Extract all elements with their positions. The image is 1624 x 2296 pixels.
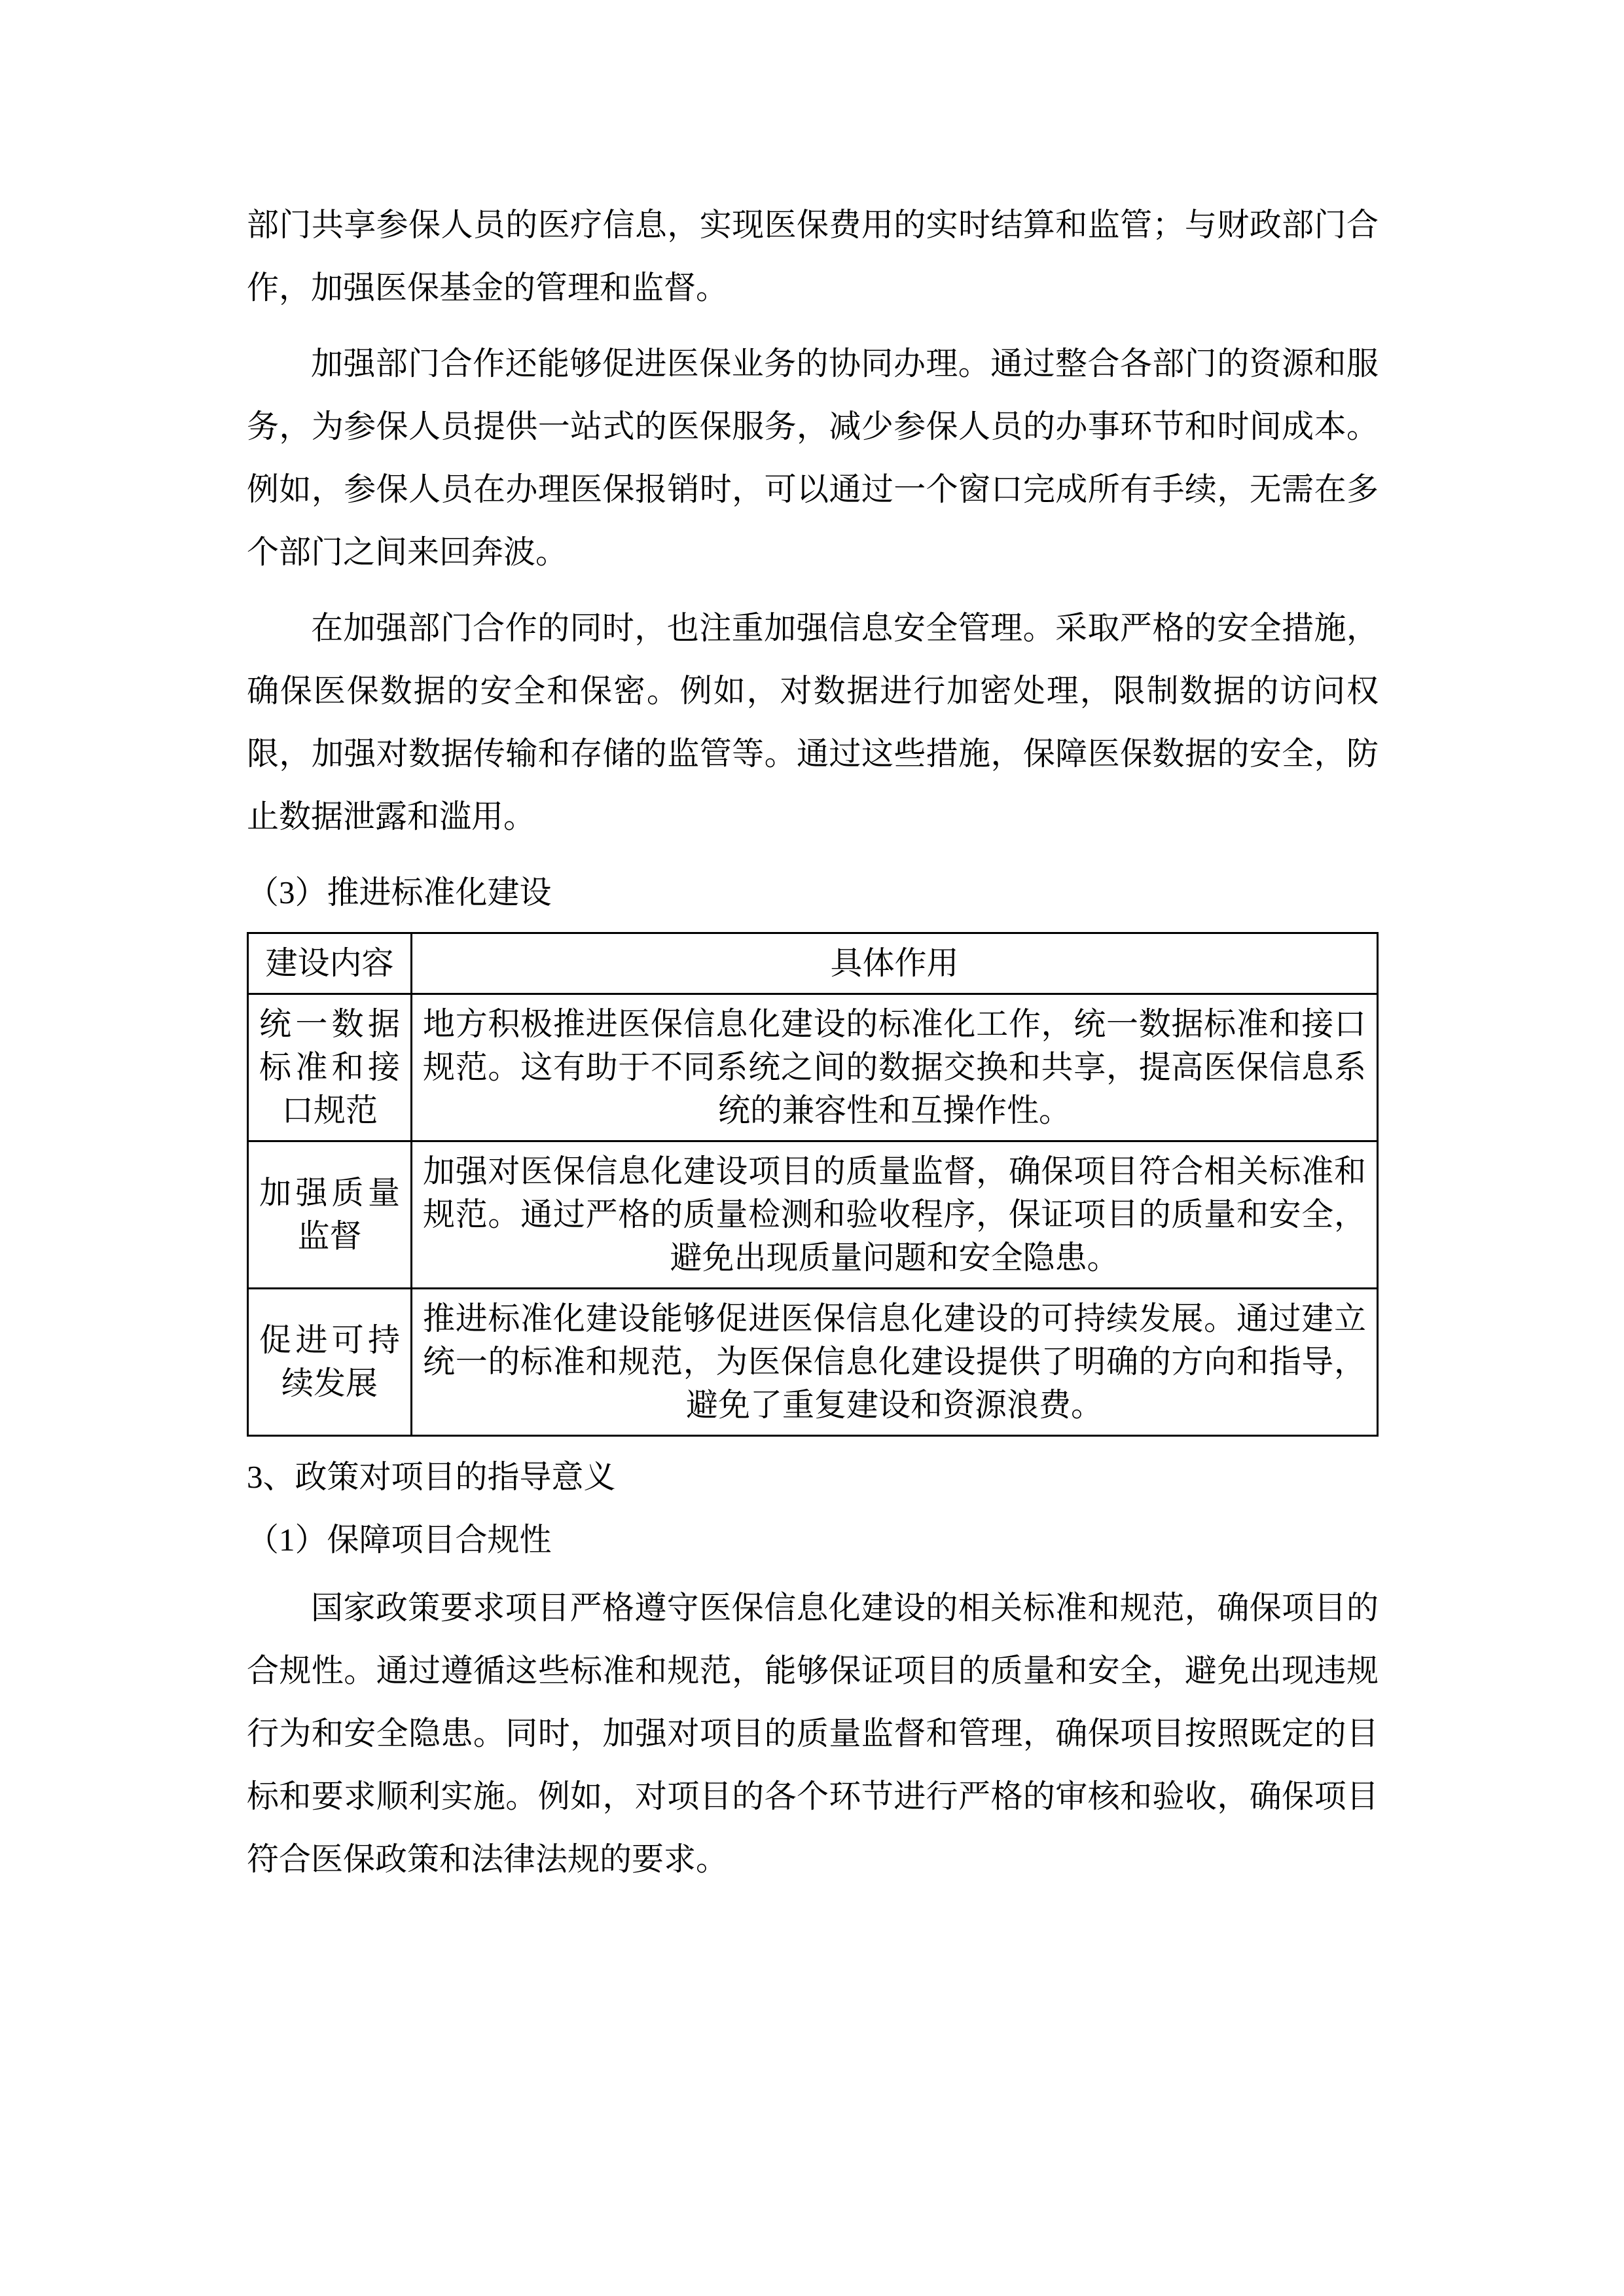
- effect-cell-data-standards: 地方积极推进医保信息化建设的标准化工作，统一数据标准和接口规范。这有助于不同系统…: [412, 994, 1378, 1141]
- table-row: 统一数据标准和接口规范 地方积极推进医保信息化建设的标准化工作，统一数据标准和接…: [248, 994, 1378, 1141]
- section-heading-policy-significance: 3、政策对项目的指导意义: [247, 1446, 1379, 1509]
- term-cell-quality-supervision: 加强质量监督: [248, 1141, 412, 1289]
- document-page: { "document": { "paragraphs": [ { "text"…: [0, 0, 1624, 2296]
- body-paragraph-compliance: 国家政策要求项目严格遵守医保信息化建设的相关标准和规范，确保项目的合规性。通过遵…: [247, 1577, 1379, 1891]
- table-row: 促进可持续发展 推进标准化建设能够促进医保信息化建设的可持续发展。通过建立统一的…: [248, 1289, 1378, 1436]
- effect-cell-sustainable-development: 推进标准化建设能够促进医保信息化建设的可持续发展。通过建立统一的标准和规范，为医…: [412, 1289, 1378, 1436]
- body-paragraph-cooperation: 加强部门合作还能够促进医保业务的协同办理。通过整合各部门的资源和服务，为参保人员…: [247, 332, 1379, 584]
- term-cell-sustainable-development: 促进可持续发展: [248, 1289, 412, 1436]
- term-cell-data-standards: 统一数据标准和接口规范: [248, 994, 412, 1141]
- effect-cell-quality-supervision: 加强对医保信息化建设项目的质量监督，确保项目符合相关标准和规范。通过严格的质量检…: [412, 1141, 1378, 1289]
- body-paragraph-security: 在加强部门合作的同时，也注重加强信息安全管理。采取严格的安全措施，确保医保数据的…: [247, 597, 1379, 848]
- table-header-row: 建设内容 具体作用: [248, 933, 1378, 994]
- table-header-content: 建设内容: [248, 933, 412, 994]
- body-paragraph-continuation: 部门共享参保人员的医疗信息，实现医保费用的实时结算和监管；与财政部门合作，加强医…: [247, 194, 1379, 319]
- table-row: 加强质量监督 加强对医保信息化建设项目的质量监督，确保项目符合相关标准和规范。通…: [248, 1141, 1378, 1289]
- section-heading-standardization: （3）推进标准化建设: [247, 861, 1379, 924]
- table-header-effect: 具体作用: [412, 933, 1378, 994]
- standardization-table: 建设内容 具体作用 统一数据标准和接口规范 地方积极推进医保信息化建设的标准化工…: [247, 932, 1379, 1437]
- section-heading-compliance: （1）保障项目合规性: [247, 1509, 1379, 1571]
